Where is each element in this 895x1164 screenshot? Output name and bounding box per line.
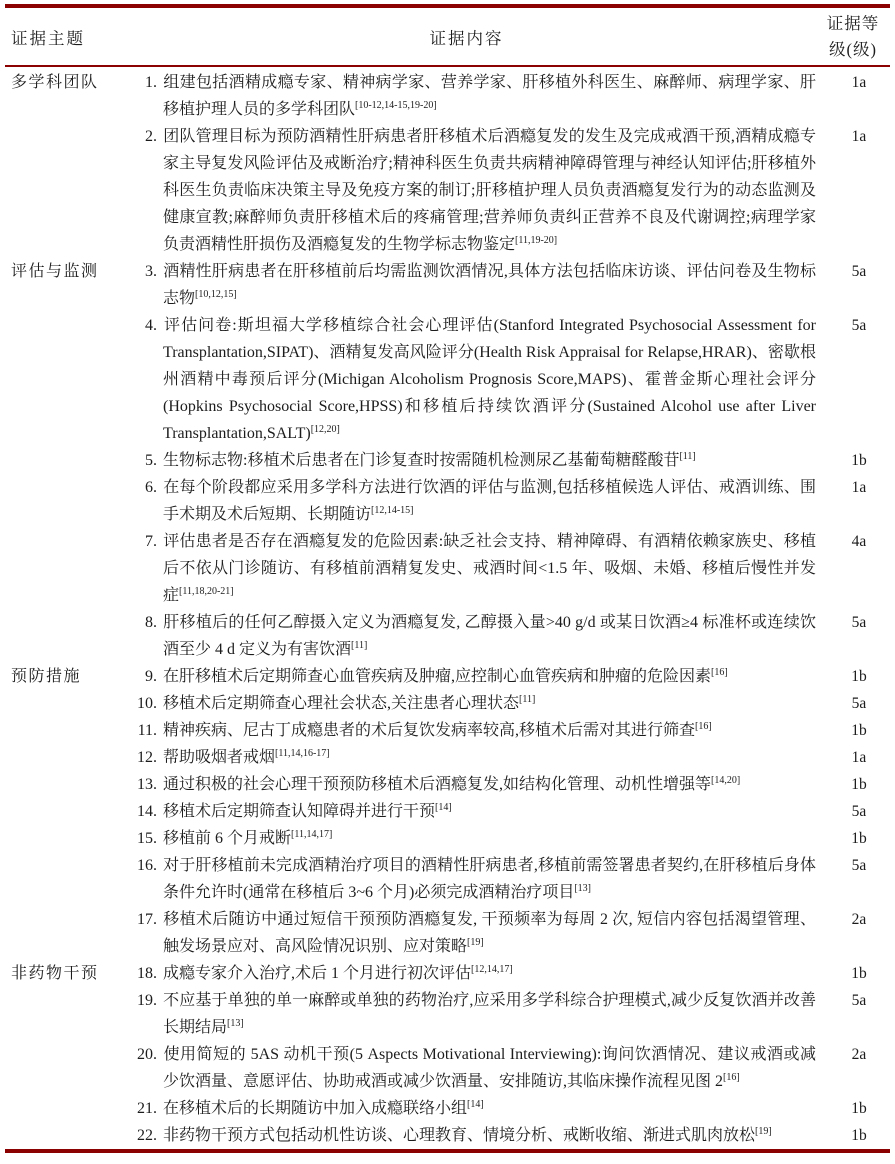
item-text: 评估问卷:斯坦福大学移植综合社会心理评估(Stanford Integrated… bbox=[163, 317, 816, 442]
item-number: 12. bbox=[129, 744, 157, 771]
item-number: 20. bbox=[129, 1041, 157, 1068]
table-row: 15.移植前 6 个月戒断[11,14,17] 1b bbox=[5, 825, 890, 852]
level-cell: 5a bbox=[828, 798, 890, 825]
item-number: 5. bbox=[129, 447, 157, 474]
item-paragraph: 13.通过积极的社会心理干预预防移植术后酒瘾复发,如结构化管理、动机性增强等[1… bbox=[163, 771, 816, 798]
item-number: 19. bbox=[129, 987, 157, 1014]
reference-superscript: [11,14,16-17] bbox=[275, 748, 330, 759]
item-text: 酒精性肝病患者在肝移植前后均需监测饮酒情况,具体方法包括临床访谈、评估问卷及生物… bbox=[163, 263, 816, 307]
item-number: 8. bbox=[129, 609, 157, 636]
level-cell: 1b bbox=[828, 825, 890, 852]
reference-superscript: [10,12,15] bbox=[195, 289, 237, 300]
header-level-line1: 证据等 bbox=[827, 11, 880, 37]
content-cell: 15.移植前 6 个月戒断[11,14,17] bbox=[117, 825, 828, 852]
table-row: 11.精神疾病、尼古丁成瘾患者的术后复饮发病率较高,移植术后需对其进行筛查[16… bbox=[5, 717, 890, 744]
item-text: 在每个阶段都应采用多学科方法进行饮酒的评估与监测,包括移植候选人评估、戒酒训练、… bbox=[163, 479, 816, 523]
item-number: 17. bbox=[129, 906, 157, 933]
item-number: 2. bbox=[129, 123, 157, 150]
table-row: 21.在移植术后的长期随访中加入成瘾联络小组[14] 1b bbox=[5, 1095, 890, 1122]
content-cell: 8.肝移植后的任何乙醇摄入定义为酒瘾复发, 乙醇摄入量>40 g/d 或某日饮酒… bbox=[117, 609, 828, 663]
item-text: 移植术后定期筛查心理社会状态,关注患者心理状态 bbox=[163, 695, 519, 712]
level-cell: 1b bbox=[828, 1095, 890, 1122]
evidence-table: 证据主题 证据内容 证据等 级(级) 多学科团队 1.组建包括酒精成瘾专家、精神… bbox=[0, 0, 895, 1153]
table-header-row: 证据主题 证据内容 证据等 级(级) bbox=[5, 8, 890, 65]
item-text: 通过积极的社会心理干预预防移植术后酒瘾复发,如结构化管理、动机性增强等 bbox=[163, 776, 711, 793]
item-paragraph: 8.肝移植后的任何乙醇摄入定义为酒瘾复发, 乙醇摄入量>40 g/d 或某日饮酒… bbox=[163, 609, 816, 663]
level-cell: 1a bbox=[828, 69, 890, 96]
content-cell: 12.帮助吸烟者戒烟[11,14,16-17] bbox=[117, 744, 828, 771]
item-text: 团队管理目标为预防酒精性肝病患者肝移植术后酒瘾复发的发生及完成戒酒干预,酒精成瘾… bbox=[163, 128, 816, 253]
level-cell: 1b bbox=[828, 663, 890, 690]
reference-superscript: [13] bbox=[227, 1018, 244, 1029]
content-cell: 2.团队管理目标为预防酒精性肝病患者肝移植术后酒瘾复发的发生及完成戒酒干预,酒精… bbox=[117, 123, 828, 258]
content-cell: 17.移植术后随访中通过短信干预预防酒瘾复发, 干预频率为每周 2 次, 短信内… bbox=[117, 906, 828, 960]
item-number: 21. bbox=[129, 1095, 157, 1122]
level-cell: 2a bbox=[828, 1041, 890, 1068]
table-row: 19.不应基于单独的单一麻醉或单独的药物治疗,应采用多学科综合护理模式,减少反复… bbox=[5, 987, 890, 1041]
reference-superscript: [14] bbox=[467, 1099, 484, 1110]
content-cell: 6.在每个阶段都应采用多学科方法进行饮酒的评估与监测,包括移植候选人评估、戒酒训… bbox=[117, 474, 828, 528]
table-row: 17.移植术后随访中通过短信干预预防酒瘾复发, 干预频率为每周 2 次, 短信内… bbox=[5, 906, 890, 960]
item-text: 帮助吸烟者戒烟 bbox=[163, 749, 275, 766]
level-cell: 1a bbox=[828, 474, 890, 501]
topic-cell: 多学科团队 bbox=[5, 69, 117, 96]
item-paragraph: 16.对于肝移植前未完成酒精治疗项目的酒精性肝病患者,移植前需签署患者契约,在肝… bbox=[163, 852, 816, 906]
item-text: 不应基于单独的单一麻醉或单独的药物治疗,应采用多学科综合护理模式,减少反复饮酒并… bbox=[163, 992, 816, 1036]
level-cell: 4a bbox=[828, 528, 890, 555]
item-paragraph: 5.生物标志物:移植术后患者在门诊复查时按需随机检测尿乙基葡萄糖醛酸苷[11] bbox=[163, 447, 816, 474]
item-paragraph: 22.非药物干预方式包括动机性访谈、心理教育、情境分析、戒断收缩、渐进式肌肉放松… bbox=[163, 1122, 816, 1149]
content-cell: 5.生物标志物:移植术后患者在门诊复查时按需随机检测尿乙基葡萄糖醛酸苷[11] bbox=[117, 447, 828, 474]
item-text: 在肝移植术后定期筛查心血管疾病及肿瘤,应控制心血管疾病和肿瘤的危险因素 bbox=[163, 668, 711, 685]
item-text: 非药物干预方式包括动机性访谈、心理教育、情境分析、戒断收缩、渐进式肌肉放松 bbox=[163, 1127, 755, 1144]
item-paragraph: 20.使用简短的 5AS 动机干预(5 Aspects Motivational… bbox=[163, 1041, 816, 1095]
reference-superscript: [12,14-15] bbox=[371, 505, 414, 516]
content-cell: 14.移植术后定期筛查认知障碍并进行干预[14] bbox=[117, 798, 828, 825]
level-cell: 5a bbox=[828, 258, 890, 285]
reference-superscript: [16] bbox=[711, 667, 728, 678]
table-bottom-rule bbox=[5, 1149, 890, 1153]
level-cell: 1b bbox=[828, 447, 890, 474]
reference-superscript: [12,20] bbox=[311, 424, 340, 435]
item-text: 移植术后随访中通过短信干预预防酒瘾复发, 干预频率为每周 2 次, 短信内容包括… bbox=[163, 911, 816, 955]
item-paragraph: 6.在每个阶段都应采用多学科方法进行饮酒的评估与监测,包括移植候选人评估、戒酒训… bbox=[163, 474, 816, 528]
item-text: 精神疾病、尼古丁成瘾患者的术后复饮发病率较高,移植术后需对其进行筛查 bbox=[163, 722, 695, 739]
header-level: 证据等 级(级) bbox=[816, 8, 890, 65]
item-text: 成瘾专家介入治疗,术后 1 个月进行初次评估 bbox=[163, 965, 471, 982]
item-paragraph: 12.帮助吸烟者戒烟[11,14,16-17] bbox=[163, 744, 816, 771]
item-paragraph: 14.移植术后定期筛查认知障碍并进行干预[14] bbox=[163, 798, 816, 825]
content-cell: 22.非药物干预方式包括动机性访谈、心理教育、情境分析、戒断收缩、渐进式肌肉放松… bbox=[117, 1122, 828, 1149]
table-row: 16.对于肝移植前未完成酒精治疗项目的酒精性肝病患者,移植前需签署患者契约,在肝… bbox=[5, 852, 890, 906]
item-number: 15. bbox=[129, 825, 157, 852]
item-paragraph: 7.评估患者是否存在酒瘾复发的危险因素:缺乏社会支持、精神障碍、有酒精依赖家族史… bbox=[163, 528, 816, 609]
item-paragraph: 18.成瘾专家介入治疗,术后 1 个月进行初次评估[12,14,17] bbox=[163, 960, 816, 987]
level-cell: 1a bbox=[828, 744, 890, 771]
item-paragraph: 21.在移植术后的长期随访中加入成瘾联络小组[14] bbox=[163, 1095, 816, 1122]
content-cell: 7.评估患者是否存在酒瘾复发的危险因素:缺乏社会支持、精神障碍、有酒精依赖家族史… bbox=[117, 528, 828, 609]
reference-superscript: [11] bbox=[679, 451, 695, 462]
item-paragraph: 17.移植术后随访中通过短信干预预防酒瘾复发, 干预频率为每周 2 次, 短信内… bbox=[163, 906, 816, 960]
item-text: 评估患者是否存在酒瘾复发的危险因素:缺乏社会支持、精神障碍、有酒精依赖家族史、移… bbox=[163, 533, 816, 604]
content-cell: 19.不应基于单独的单一麻醉或单独的药物治疗,应采用多学科综合护理模式,减少反复… bbox=[117, 987, 828, 1041]
table-row: 6.在每个阶段都应采用多学科方法进行饮酒的评估与监测,包括移植候选人评估、戒酒训… bbox=[5, 474, 890, 528]
level-cell: 1b bbox=[828, 717, 890, 744]
reference-superscript: [11] bbox=[351, 640, 367, 651]
table-row: 预防措施 9.在肝移植术后定期筛查心血管疾病及肿瘤,应控制心血管疾病和肿瘤的危险… bbox=[5, 663, 890, 690]
topic-cell: 预防措施 bbox=[5, 663, 117, 690]
content-cell: 21.在移植术后的长期随访中加入成瘾联络小组[14] bbox=[117, 1095, 828, 1122]
table-row: 多学科团队 1.组建包括酒精成瘾专家、精神病学家、营养学家、肝移植外科医生、麻醉… bbox=[5, 69, 890, 123]
item-paragraph: 9.在肝移植术后定期筛查心血管疾病及肿瘤,应控制心血管疾病和肿瘤的危险因素[16… bbox=[163, 663, 816, 690]
reference-superscript: [13] bbox=[574, 883, 591, 894]
table-row: 8.肝移植后的任何乙醇摄入定义为酒瘾复发, 乙醇摄入量>40 g/d 或某日饮酒… bbox=[5, 609, 890, 663]
table-row: 5.生物标志物:移植术后患者在门诊复查时按需随机检测尿乙基葡萄糖醛酸苷[11] … bbox=[5, 447, 890, 474]
item-number: 11. bbox=[129, 717, 157, 744]
level-cell: 5a bbox=[828, 690, 890, 717]
item-number: 16. bbox=[129, 852, 157, 879]
level-cell: 5a bbox=[828, 987, 890, 1014]
table-row: 12.帮助吸烟者戒烟[11,14,16-17] 1a bbox=[5, 744, 890, 771]
table-row: 7.评估患者是否存在酒瘾复发的危险因素:缺乏社会支持、精神障碍、有酒精依赖家族史… bbox=[5, 528, 890, 609]
item-text: 肝移植后的任何乙醇摄入定义为酒瘾复发, 乙醇摄入量>40 g/d 或某日饮酒≥4… bbox=[163, 614, 816, 658]
reference-superscript: [11] bbox=[519, 694, 535, 705]
table-row: 非药物干预 18.成瘾专家介入治疗,术后 1 个月进行初次评估[12,14,17… bbox=[5, 960, 890, 987]
level-cell: 5a bbox=[828, 852, 890, 879]
level-cell: 1a bbox=[828, 123, 890, 150]
content-cell: 10.移植术后定期筛查心理社会状态,关注患者心理状态[11] bbox=[117, 690, 828, 717]
item-paragraph: 11.精神疾病、尼古丁成瘾患者的术后复饮发病率较高,移植术后需对其进行筛查[16… bbox=[163, 717, 816, 744]
item-paragraph: 15.移植前 6 个月戒断[11,14,17] bbox=[163, 825, 816, 852]
header-level-line2: 级(级) bbox=[829, 37, 877, 63]
item-number: 18. bbox=[129, 960, 157, 987]
content-cell: 4.评估问卷:斯坦福大学移植综合社会心理评估(Stanford Integrat… bbox=[117, 312, 828, 447]
content-cell: 18.成瘾专家介入治疗,术后 1 个月进行初次评估[12,14,17] bbox=[117, 960, 828, 987]
level-cell: 1b bbox=[828, 960, 890, 987]
table-row: 4.评估问卷:斯坦福大学移植综合社会心理评估(Stanford Integrat… bbox=[5, 312, 890, 447]
item-text: 对于肝移植前未完成酒精治疗项目的酒精性肝病患者,移植前需签署患者契约,在肝移植后… bbox=[163, 857, 816, 901]
table-row: 20.使用简短的 5AS 动机干预(5 Aspects Motivational… bbox=[5, 1041, 890, 1095]
item-number: 14. bbox=[129, 798, 157, 825]
table-row: 14.移植术后定期筛查认知障碍并进行干预[14] 5a bbox=[5, 798, 890, 825]
table-row: 2.团队管理目标为预防酒精性肝病患者肝移植术后酒瘾复发的发生及完成戒酒干预,酒精… bbox=[5, 123, 890, 258]
table-row: 22.非药物干预方式包括动机性访谈、心理教育、情境分析、戒断收缩、渐进式肌肉放松… bbox=[5, 1122, 890, 1149]
item-paragraph: 1.组建包括酒精成瘾专家、精神病学家、营养学家、肝移植外科医生、麻醉师、病理学家… bbox=[163, 69, 816, 123]
topic-cell: 评估与监测 bbox=[5, 258, 117, 285]
item-text: 生物标志物:移植术后患者在门诊复查时按需随机检测尿乙基葡萄糖醛酸苷 bbox=[163, 452, 679, 469]
item-number: 13. bbox=[129, 771, 157, 798]
item-paragraph: 3.酒精性肝病患者在肝移植前后均需监测饮酒情况,具体方法包括临床访谈、评估问卷及… bbox=[163, 258, 816, 312]
item-number: 6. bbox=[129, 474, 157, 501]
reference-superscript: [16] bbox=[695, 721, 712, 732]
content-cell: 16.对于肝移植前未完成酒精治疗项目的酒精性肝病患者,移植前需签署患者契约,在肝… bbox=[117, 852, 828, 906]
table-body: 多学科团队 1.组建包括酒精成瘾专家、精神病学家、营养学家、肝移植外科医生、麻醉… bbox=[5, 67, 890, 1149]
item-paragraph: 10.移植术后定期筛查心理社会状态,关注患者心理状态[11] bbox=[163, 690, 816, 717]
item-number: 3. bbox=[129, 258, 157, 285]
level-cell: 5a bbox=[828, 609, 890, 636]
item-text: 移植术后定期筛查认知障碍并进行干预 bbox=[163, 803, 435, 820]
item-paragraph: 4.评估问卷:斯坦福大学移植综合社会心理评估(Stanford Integrat… bbox=[163, 312, 816, 447]
item-paragraph: 2.团队管理目标为预防酒精性肝病患者肝移植术后酒瘾复发的发生及完成戒酒干预,酒精… bbox=[163, 123, 816, 258]
item-number: 10. bbox=[129, 690, 157, 717]
reference-superscript: [14,20] bbox=[711, 775, 740, 786]
table-row: 评估与监测 3.酒精性肝病患者在肝移植前后均需监测饮酒情况,具体方法包括临床访谈… bbox=[5, 258, 890, 312]
content-cell: 13.通过积极的社会心理干预预防移植术后酒瘾复发,如结构化管理、动机性增强等[1… bbox=[117, 771, 828, 798]
reference-superscript: [19] bbox=[755, 1126, 772, 1137]
table-row: 10.移植术后定期筛查心理社会状态,关注患者心理状态[11] 5a bbox=[5, 690, 890, 717]
header-content: 证据内容 bbox=[117, 8, 816, 65]
level-cell: 1b bbox=[828, 771, 890, 798]
content-cell: 3.酒精性肝病患者在肝移植前后均需监测饮酒情况,具体方法包括临床访谈、评估问卷及… bbox=[117, 258, 828, 312]
item-text: 组建包括酒精成瘾专家、精神病学家、营养学家、肝移植外科医生、麻醉师、病理学家、肝… bbox=[163, 74, 816, 118]
reference-superscript: [16] bbox=[723, 1072, 740, 1083]
item-number: 1. bbox=[129, 69, 157, 96]
reference-superscript: [12,14,17] bbox=[471, 964, 513, 975]
reference-superscript: [14] bbox=[435, 802, 452, 813]
item-number: 4. bbox=[129, 312, 157, 339]
level-cell: 5a bbox=[828, 312, 890, 339]
reference-superscript: [11,14,17] bbox=[291, 829, 332, 840]
level-cell: 2a bbox=[828, 906, 890, 933]
item-text: 移植前 6 个月戒断 bbox=[163, 830, 291, 847]
content-cell: 1.组建包括酒精成瘾专家、精神病学家、营养学家、肝移植外科医生、麻醉师、病理学家… bbox=[117, 69, 828, 123]
reference-superscript: [11,19-20] bbox=[515, 235, 557, 246]
item-number: 22. bbox=[129, 1122, 157, 1149]
item-number: 7. bbox=[129, 528, 157, 555]
content-cell: 20.使用简短的 5AS 动机干预(5 Aspects Motivational… bbox=[117, 1041, 828, 1095]
table-row: 13.通过积极的社会心理干预预防移植术后酒瘾复发,如结构化管理、动机性增强等[1… bbox=[5, 771, 890, 798]
item-text: 在移植术后的长期随访中加入成瘾联络小组 bbox=[163, 1100, 467, 1117]
item-text: 使用简短的 5AS 动机干预(5 Aspects Motivational In… bbox=[163, 1046, 816, 1090]
item-paragraph: 19.不应基于单独的单一麻醉或单独的药物治疗,应采用多学科综合护理模式,减少反复… bbox=[163, 987, 816, 1041]
header-topic: 证据主题 bbox=[5, 8, 117, 65]
reference-superscript: [11,18,20-21] bbox=[179, 586, 234, 597]
topic-cell: 非药物干预 bbox=[5, 960, 117, 987]
reference-superscript: [19] bbox=[467, 937, 484, 948]
item-number: 9. bbox=[129, 663, 157, 690]
content-cell: 11.精神疾病、尼古丁成瘾患者的术后复饮发病率较高,移植术后需对其进行筛查[16… bbox=[117, 717, 828, 744]
level-cell: 1b bbox=[828, 1122, 890, 1149]
content-cell: 9.在肝移植术后定期筛查心血管疾病及肿瘤,应控制心血管疾病和肿瘤的危险因素[16… bbox=[117, 663, 828, 690]
reference-superscript: [10-12,14-15,19-20] bbox=[355, 100, 437, 111]
